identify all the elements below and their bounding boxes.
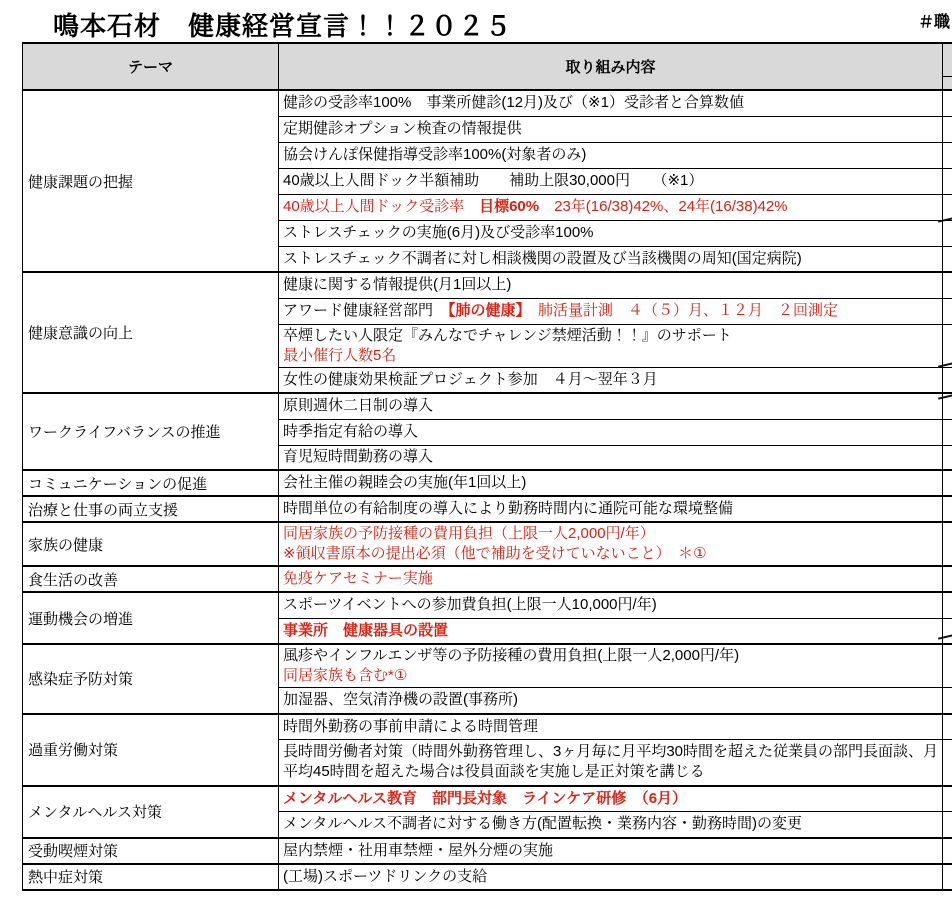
theme-cell: 健康意識の向上 xyxy=(23,272,279,393)
text-segment: 23年(16/38)42%、24年(16/38)42% xyxy=(539,198,787,215)
cutoff-column-cell xyxy=(943,246,952,272)
content-line: 同居家族も含む*① xyxy=(283,666,939,686)
text-segment: 免疫ケアセミナー実施 xyxy=(283,570,433,587)
cutoff-column-cell xyxy=(943,90,952,116)
text-segment: 風疹やインフルエンザ等の予防接種の費用負担(上限一人2,000円/年) xyxy=(283,647,739,664)
text-segment: 40歳以上人間ドック受診率 xyxy=(283,198,479,215)
text-segment: ※領収書原本の提出必須（他で補助を受けていないこと） ＊① xyxy=(283,545,707,562)
text-segment: 【肺の健康】 xyxy=(448,302,523,319)
content-line: ストレスチェック不調者に対し相談機関の設置及び当該機関の周知(国定病院) xyxy=(283,249,939,269)
theme-cell: 家族の健康 xyxy=(23,522,279,566)
content-line: メンタルヘルス不調者に対する働き方(配置転換・業務内容・勤務時間)の変更 xyxy=(283,814,939,834)
text-segment: ストレスチェックの実施(6月)及び受診率100% xyxy=(283,224,594,241)
content-line: 時間外勤務の事前申請による時間管理 xyxy=(283,717,939,737)
text-segment: スポーツイベントへの参加費負担(上限一人10,000円/年) xyxy=(283,596,657,613)
content-line: 定期健診オプション検査の情報提供 xyxy=(283,119,939,139)
text-segment: アワード健康経営部門 xyxy=(283,302,448,319)
content-line: 協会けんぽ保健指導受診率100%(対象者のみ) xyxy=(283,145,939,165)
cutoff-column-cell xyxy=(943,644,952,688)
theme-cell: ワークライフバランスの推進 xyxy=(23,393,279,470)
text-segment: 卒煙したい人限定『みんなでチャレンジ禁煙活動！！』のサポート xyxy=(283,327,732,344)
content-cell: 風疹やインフルエンザ等の予防接種の費用負担(上限一人2,000円/年)同居家族も… xyxy=(279,644,943,688)
content-line: 事業所 健康器具の設置 xyxy=(283,621,939,641)
cutoff-column-cell xyxy=(943,194,952,220)
content-line: 卒煙したい人限定『みんなでチャレンジ禁煙活動！！』のサポート xyxy=(283,326,939,346)
content-cell: 時間外勤務の事前申請による時間管理 xyxy=(279,714,943,740)
cutoff-column-cell xyxy=(943,864,952,890)
table-row: 健康課題の把握健診の受診率100% 事業所健診(12月)及び（※1）受診者と合算… xyxy=(23,90,952,116)
cutoff-column-cell xyxy=(943,324,952,367)
content-line: 女性の健康効果検証プロジェクト参加 ４月～翌年３月 xyxy=(283,370,939,390)
cutoff-column-cell xyxy=(943,786,952,812)
cutoff-column-cell xyxy=(943,522,952,566)
text-segment: 健康に関する情報提供(月1回以上) xyxy=(283,276,511,293)
cutoff-header-divider xyxy=(943,57,952,77)
header-content: 取り組み内容 xyxy=(279,43,943,90)
content-cell: 加湿器、空気清浄機の設置(事務所) xyxy=(279,688,943,714)
theme-cell: 受動喫煙対策 xyxy=(23,838,279,864)
table-row: 運動機会の増進スポーツイベントへの参加費負担(上限一人10,000円/年) xyxy=(23,592,952,618)
cutoff-column-cell xyxy=(943,714,952,740)
cutoff-column-cell xyxy=(943,419,952,445)
content-cell: 会社主催の親睦会の実施(年1回以上) xyxy=(279,470,943,496)
theme-cell: 食生活の改善 xyxy=(23,566,279,592)
theme-cell: 健康課題の把握 xyxy=(23,90,279,272)
text-segment: メンタルヘルス教育 部門長対象 ラインケア研修 （6月） xyxy=(283,790,687,807)
text-segment: 同居家族も含む*① xyxy=(283,667,407,684)
content-line: 育児短時間勤務の導入 xyxy=(283,447,939,467)
content-line: 会社主催の親睦会の実施(年1回以上) xyxy=(283,473,939,493)
content-cell: (工場)スポーツドリンクの支給 xyxy=(279,864,943,890)
theme-cell: 治療と仕事の両立支援 xyxy=(23,496,279,522)
cutoff-column-cell xyxy=(943,220,952,246)
content-line: 加湿器、空気清浄機の設置(事務所) xyxy=(283,690,939,710)
cutoff-column-cell xyxy=(943,618,952,644)
content-line: メンタルヘルス教育 部門長対象 ラインケア研修 （6月） xyxy=(283,789,939,809)
table-row: 感染症予防対策風疹やインフルエンザ等の予防接種の費用負担(上限一人2,000円/… xyxy=(23,644,952,688)
text-segment: 加湿器、空気清浄機の設置(事務所) xyxy=(283,691,518,708)
cutoff-column-cell xyxy=(943,272,952,298)
cutoff-column-cell xyxy=(943,688,952,714)
cutoff-column-cell xyxy=(943,592,952,618)
text-segment: メンタルヘルス不調者に対する働き方(配置転換・業務内容・勤務時間)の変更 xyxy=(283,815,802,832)
corner-note: ＃職 xyxy=(918,9,950,32)
table-row: 家族の健康同居家族の予防接種の費用負担（上限一人2,000円/年）※領収書原本の… xyxy=(23,522,952,566)
table-header-row: テーマ 取り組み内容 xyxy=(23,43,952,90)
content-cell: アワード健康経営部門 【肺の健康】 肺活量計測 ４（５）月、１２月 ２回測定 xyxy=(279,298,943,324)
text-segment: (工場)スポーツドリンクの支給 xyxy=(283,868,487,885)
cutoff-column-cell xyxy=(943,298,952,324)
text-segment: 時季指定有給の導入 xyxy=(283,423,418,440)
content-line: (工場)スポーツドリンクの支給 xyxy=(283,867,939,887)
content-cell: 卒煙したい人限定『みんなでチャレンジ禁煙活動！！』のサポート最小催行人数5名 xyxy=(279,324,943,367)
theme-cell: 熱中症対策 xyxy=(23,864,279,890)
text-segment: 40歳以上人間ドック半額補助 補助上限30,000円 （※1） xyxy=(283,172,703,189)
table-row: 健康意識の向上健康に関する情報提供(月1回以上) xyxy=(23,272,952,298)
cutoff-column-cell xyxy=(943,496,952,522)
content-cell: 40歳以上人間ドック受診率 目標60% 23年(16/38)42%、24年(16… xyxy=(279,194,943,220)
table-body: 健康課題の把握健診の受診率100% 事業所健診(12月)及び（※1）受診者と合算… xyxy=(23,90,952,890)
content-line: 時間単位の有給制度の導入により勤務時間内に通院可能な環境整備 xyxy=(283,499,939,519)
content-line: 時季指定有給の導入 xyxy=(283,422,939,442)
table-row: 食生活の改善免疫ケアセミナー実施 xyxy=(23,566,952,592)
cutoff-column-cell xyxy=(943,566,952,592)
text-segment: 肺活量計測 ４（５）月、１２月 ２回測定 xyxy=(523,302,838,319)
content-cell: 屋内禁煙・社用車禁煙・屋外分煙の実施 xyxy=(279,838,943,864)
cutoff-column-cell xyxy=(943,838,952,864)
content-cell: メンタルヘルス教育 部門長対象 ラインケア研修 （6月） xyxy=(279,786,943,812)
table-row: 熱中症対策(工場)スポーツドリンクの支給 xyxy=(23,864,952,890)
content-cell: 原則週休二日制の導入 xyxy=(279,393,943,419)
text-segment: 会社主催の親睦会の実施(年1回以上) xyxy=(283,474,526,491)
table-row: 治療と仕事の両立支援時間単位の有給制度の導入により勤務時間内に通院可能な環境整備 xyxy=(23,496,952,522)
cutoff-column-cell xyxy=(943,116,952,142)
content-cell: ストレスチェックの実施(6月)及び受診率100% xyxy=(279,220,943,246)
text-segment: ストレスチェック不調者に対し相談機関の設置及び当該機関の周知(国定病院) xyxy=(283,250,802,267)
text-segment: 事業所 健康器具の設置 xyxy=(283,622,448,639)
content-line: 40歳以上人間ドック半額補助 補助上限30,000円 （※1） xyxy=(283,171,939,191)
header-theme: テーマ xyxy=(23,43,279,90)
text-segment: 時間外勤務の事前申請による時間管理 xyxy=(283,718,538,735)
content-cell: 女性の健康効果検証プロジェクト参加 ４月～翌年３月 xyxy=(279,367,943,393)
content-cell: 育児短時間勤務の導入 xyxy=(279,445,943,470)
text-segment: 同居家族の予防接種の費用負担（上限一人2,000円/年） xyxy=(283,525,655,542)
content-cell: 時間単位の有給制度の導入により勤務時間内に通院可能な環境整備 xyxy=(279,496,943,522)
cutoff-column-cell xyxy=(943,445,952,470)
cutoff-column-cell xyxy=(943,168,952,194)
content-line: 最小催行人数5名 xyxy=(283,346,939,366)
text-segment: 女性の健康効果検証プロジェクト参加 ４月～翌年３月 xyxy=(283,371,658,388)
table-row: メンタルヘルス対策メンタルヘルス教育 部門長対象 ラインケア研修 （6月） xyxy=(23,786,952,812)
content-cell: 事業所 健康器具の設置 xyxy=(279,618,943,644)
content-cell: 協会けんぽ保健指導受診率100%(対象者のみ) xyxy=(279,142,943,168)
text-segment: 最小催行人数5名 xyxy=(283,347,396,364)
text-segment: 育児短時間勤務の導入 xyxy=(283,448,433,465)
content-line: 免疫ケアセミナー実施 xyxy=(283,569,939,589)
content-cell: 時季指定有給の導入 xyxy=(279,419,943,445)
text-segment: 時間単位の有給制度の導入により勤務時間内に通院可能な環境整備 xyxy=(283,500,733,517)
content-line: アワード健康経営部門 【肺の健康】 肺活量計測 ４（５）月、１２月 ２回測定 xyxy=(283,301,939,321)
content-line: 同居家族の予防接種の費用負担（上限一人2,000円/年） xyxy=(283,524,939,544)
cutoff-column-cell xyxy=(943,367,952,393)
content-cell: 健康に関する情報提供(月1回以上) xyxy=(279,272,943,298)
content-line: 健診の受診率100% 事業所健診(12月)及び（※1）受診者と合算数値 xyxy=(283,93,939,113)
content-line: 40歳以上人間ドック受診率 目標60% 23年(16/38)42%、24年(16… xyxy=(283,197,939,217)
content-cell: 免疫ケアセミナー実施 xyxy=(279,566,943,592)
theme-cell: コミュニケーションの促進 xyxy=(23,470,279,496)
content-line: 健康に関する情報提供(月1回以上) xyxy=(283,275,939,295)
cutoff-column-cell xyxy=(943,142,952,168)
content-line: ※領収書原本の提出必須（他で補助を受けていないこと） ＊① xyxy=(283,544,939,564)
cutoff-column-cell xyxy=(943,470,952,496)
text-segment: 健診の受診率100% 事業所健診(12月)及び（※1）受診者と合算数値 xyxy=(283,94,744,111)
table-row: 受動喫煙対策屋内禁煙・社用車禁煙・屋外分煙の実施 xyxy=(23,838,952,864)
content-cell: 健診の受診率100% 事業所健診(12月)及び（※1）受診者と合算数値 xyxy=(279,90,943,116)
content-line: 長時間労働者対策（時間外勤務管理し、3ヶ月毎に月平均30時間を超えた従業員の部門… xyxy=(283,742,939,782)
content-cell: 長時間労働者対策（時間外勤務管理し、3ヶ月毎に月平均30時間を超えた従業員の部門… xyxy=(279,740,943,786)
text-segment: 定期健診オプション検査の情報提供 xyxy=(283,120,522,137)
content-cell: メンタルヘルス不調者に対する働き方(配置転換・業務内容・勤務時間)の変更 xyxy=(279,812,943,838)
cutoff-column-cell xyxy=(943,812,952,838)
text-segment: 長時間労働者対策（時間外勤務管理し、3ヶ月毎に月平均30時間を超えた従業員の部門… xyxy=(283,743,938,780)
health-declaration-table: テーマ 取り組み内容 健康課題の把握健診の受診率100% 事業所健診(12月)及… xyxy=(22,42,952,891)
spreadsheet-page: { "title": "鳴本石材 健康経営宣言！！２０２５", "corner_… xyxy=(0,0,952,904)
content-line: スポーツイベントへの参加費負担(上限一人10,000円/年) xyxy=(283,595,939,615)
table-row: コミュニケーションの促進会社主催の親睦会の実施(年1回以上) xyxy=(23,470,952,496)
cutoff-column-cell xyxy=(943,740,952,786)
text-segment: 原則週休二日制の導入 xyxy=(283,397,433,414)
content-cell: ストレスチェック不調者に対し相談機関の設置及び当該機関の周知(国定病院) xyxy=(279,246,943,272)
content-line: 風疹やインフルエンザ等の予防接種の費用負担(上限一人2,000円/年) xyxy=(283,646,939,666)
content-line: 屋内禁煙・社用車禁煙・屋外分煙の実施 xyxy=(283,841,939,861)
content-cell: スポーツイベントへの参加費負担(上限一人10,000円/年) xyxy=(279,592,943,618)
content-cell: 定期健診オプション検査の情報提供 xyxy=(279,116,943,142)
text-segment: 協会けんぽ保健指導受診率100%(対象者のみ) xyxy=(283,146,586,163)
theme-cell: 感染症予防対策 xyxy=(23,644,279,714)
content-line: ストレスチェックの実施(6月)及び受診率100% xyxy=(283,223,939,243)
table-row: 過重労働対策時間外勤務の事前申請による時間管理 xyxy=(23,714,952,740)
theme-cell: 運動機会の増進 xyxy=(23,592,279,644)
text-segment: 目標60% xyxy=(479,198,539,215)
text-segment: 屋内禁煙・社用車禁煙・屋外分煙の実施 xyxy=(283,842,553,859)
header-cutoff-column xyxy=(943,43,952,90)
page-title: 鳴本石材 健康経営宣言！！２０２５ xyxy=(53,6,512,43)
content-cell: 同居家族の予防接種の費用負担（上限一人2,000円/年）※領収書原本の提出必須（… xyxy=(279,522,943,566)
content-line: 原則週休二日制の導入 xyxy=(283,396,939,416)
content-cell: 40歳以上人間ドック半額補助 補助上限30,000円 （※1） xyxy=(279,168,943,194)
table-row: ワークライフバランスの推進原則週休二日制の導入 xyxy=(23,393,952,419)
theme-cell: メンタルヘルス対策 xyxy=(23,786,279,838)
theme-cell: 過重労働対策 xyxy=(23,714,279,786)
